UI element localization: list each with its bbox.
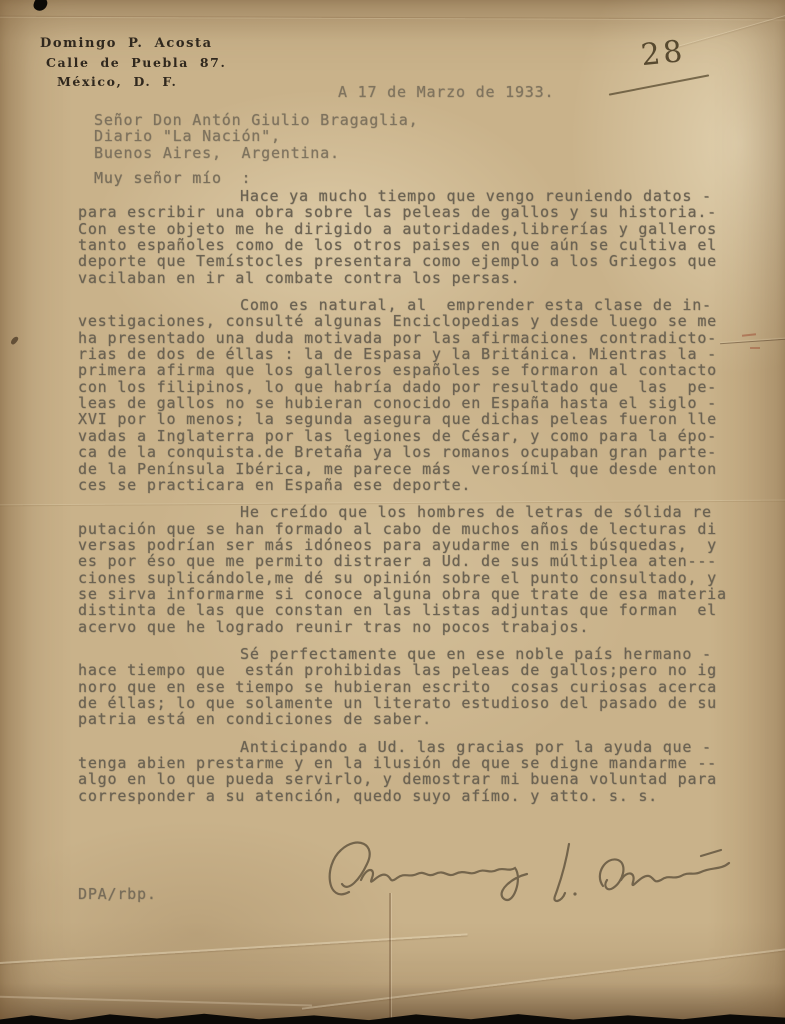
fold-crease-top-right (675, 5, 785, 47)
paragraph-1: Hace ya mucho tiempo que vengo reuniendo… (78, 188, 750, 286)
handwritten-page-number: 28 (639, 34, 687, 73)
fold-crease-bottom-right (302, 944, 785, 1009)
salutation: Muy señor mío : (94, 170, 251, 186)
stain-mark (750, 347, 760, 349)
letter-body: Hace ya mucho tiempo que vengo reuniendo… (78, 188, 750, 815)
paragraph-5: Anticipando a Ud. las gracias por la ayu… (78, 739, 750, 804)
recipient-address: Señor Don Antón Giulio Bragaglia, Diario… (94, 112, 418, 161)
fold-crease-top (0, 16, 785, 20)
letterhead-city: México, D. F. (57, 74, 178, 89)
paper-bottom-edge (0, 1008, 785, 1024)
paragraph-3: He creído que los hombres de letras de s… (78, 504, 750, 635)
letterhead-name: Domingo P. Acosta (40, 36, 213, 51)
typist-reference: DPA/rbp. (78, 886, 157, 902)
signature-handwritten (315, 830, 740, 925)
ink-blot-mark (32, 0, 49, 13)
letterhead-address: Calle de Puebla 87. (46, 55, 226, 70)
paragraph-4: Sé perfectamente que en ese noble país h… (78, 646, 750, 728)
fold-crease-bottom-left (0, 933, 468, 964)
page-number-underline (609, 74, 710, 95)
fold-crease-bottom (0, 996, 312, 1006)
scanned-letter-paper: Domingo P. Acosta Calle de Puebla 87. Mé… (0, 0, 785, 1024)
ink-speck (10, 335, 19, 345)
date-line: A 17 de Marzo de 1933. (338, 84, 554, 100)
paragraph-2: Como es natural, al emprender esta clase… (78, 297, 750, 493)
